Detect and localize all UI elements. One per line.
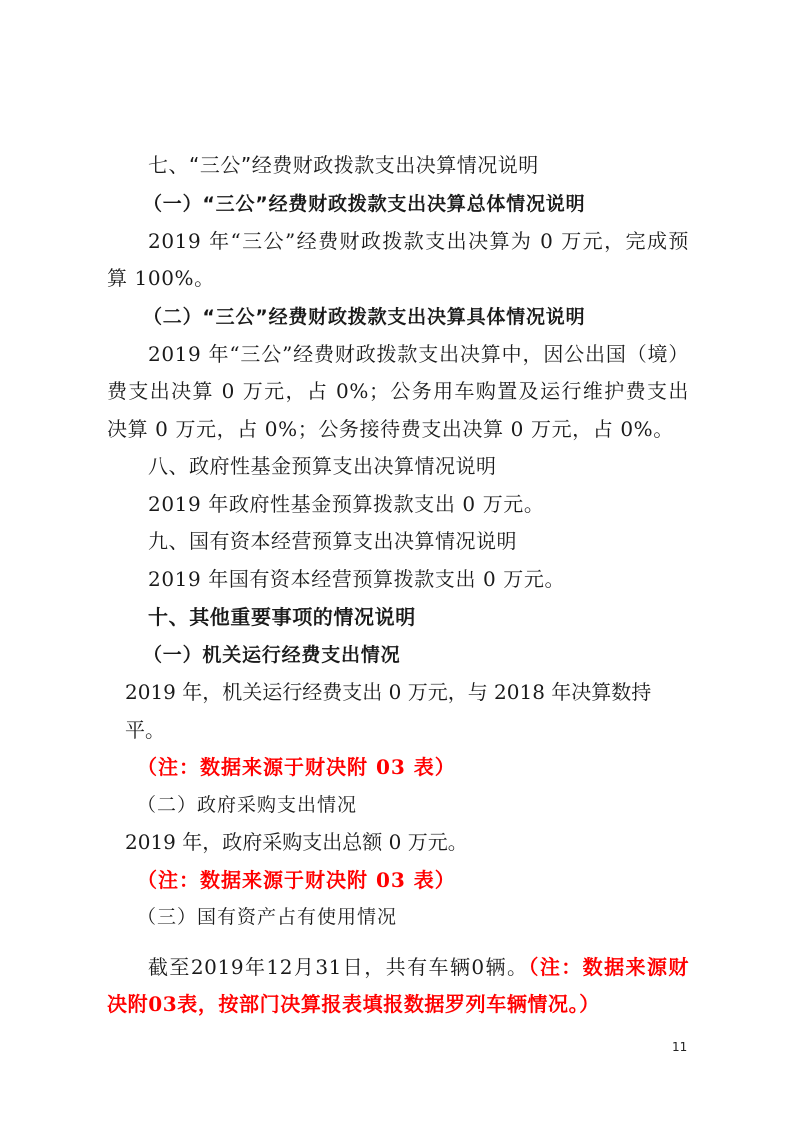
section-10-3-heading: （三）国有资产占有使用情况: [107, 899, 689, 937]
section-7-1-text: 2019 年“三公”经费财政拨款支出决算为 0 万元，完成预算 100%。: [107, 223, 689, 298]
section-7-heading: 七、“三公”经费财政拨款支出决算情况说明: [107, 147, 689, 185]
section-10-2-note: （注：数据来源于财决附 03 表）: [107, 862, 689, 900]
section-9-text: 2019 年国有资本经营预算拨款支出 0 万元。: [107, 561, 689, 599]
section-8-heading: 八、政府性基金预算支出决算情况说明: [107, 448, 689, 486]
section-7-1-heading: （一）“三公”经费财政拨款支出决算总体情况说明: [107, 185, 689, 223]
spacer: [107, 937, 689, 949]
section-10-1-heading: （一）机关运行经费支出情况: [107, 636, 689, 674]
section-10-1-text: 2019 年，机关运行经费支出 0 万元，与 2018 年决算数持平。: [107, 674, 689, 749]
section-10-heading: 十、其他重要事项的情况说明: [107, 598, 689, 636]
document-page: 七、“三公”经费财政拨款支出决算情况说明 （一）“三公”经费财政拨款支出决算总体…: [107, 147, 689, 1024]
section-8-text: 2019 年政府性基金预算拨款支出 0 万元。: [107, 486, 689, 524]
page-number: 11: [672, 1040, 687, 1054]
section-7-2-heading: （二）“三公”经费财政拨款支出决算具体情况说明: [107, 298, 689, 336]
section-10-1-note: （注：数据来源于财决附 03 表）: [107, 749, 689, 787]
section-10-3-text: 截至2019年12月31日，共有车辆0辆。: [148, 955, 528, 979]
section-10-3-paragraph: 截至2019年12月31日，共有车辆0辆。（注：数据来源财决附03表，按部门决算…: [107, 949, 689, 1024]
section-7-2-text: 2019 年“三公”经费财政拨款支出决算中，因公出国（境）费支出决算 0 万元，…: [107, 336, 689, 449]
section-10-2-text: 2019 年，政府采购支出总额 0 万元。: [107, 824, 689, 862]
section-10-2-heading: （二）政府采购支出情况: [107, 787, 689, 825]
section-9-heading: 九、国有资本经营预算支出决算情况说明: [107, 523, 689, 561]
